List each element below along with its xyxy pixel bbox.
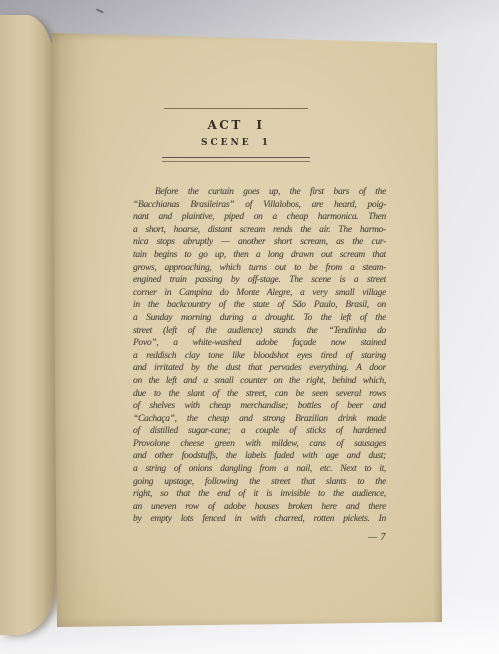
text-line: right, so that the end of it is invisibl…	[133, 488, 386, 501]
text-line: a reddisch clay tone like bloodshot eyes…	[133, 350, 386, 363]
text-line: Provolone cheese green with mildew, cans…	[133, 438, 386, 451]
text-line: nica stops abruptly — another short scre…	[133, 236, 386, 249]
photo-of-book-page: ACT I SCENE 1 Before the curtain goes up…	[0, 0, 499, 654]
text-line: grows, approaching, which turns out to b…	[133, 262, 386, 275]
text-line: street (left of the audience) stands the…	[133, 325, 386, 338]
act-heading: ACT I	[161, 118, 311, 132]
text-line: and irritated by the dust that pervades …	[133, 362, 386, 375]
text-line: “Bacchianas Brasileiras” of Villalobos, …	[133, 199, 386, 212]
text-line: due to the slant of the street, can be s…	[133, 388, 386, 401]
text-line: an uneven row of adobe houses broken her…	[133, 501, 386, 514]
text-line: tain begins to go up, then a long drawn …	[133, 249, 386, 262]
text-line: a short, hoarse, distant scream rends th…	[133, 224, 386, 237]
header-rule-top	[164, 108, 308, 109]
text-line: of shelves with cheap merchandise; bottl…	[133, 400, 386, 413]
text-line: engined train passing by off-stage. The …	[133, 274, 386, 287]
text-line: Povo”, a white-washed adobe façade now s…	[133, 337, 386, 350]
text-line: a string of onions dangling from a nail,…	[133, 463, 386, 476]
text-line: in the backcountry of the state of São P…	[133, 299, 386, 312]
book-page: ACT I SCENE 1 Before the curtain goes up…	[50, 31, 444, 629]
text-line: and other foodstuffs, the labels faded w…	[133, 450, 386, 463]
text-line: nant and plaintive, piped on a cheap har…	[133, 211, 386, 224]
text-line: going upstage, following the street that…	[133, 476, 386, 489]
text-line: a Sunday morning during a drought. To th…	[133, 312, 386, 325]
page-number: — 7	[133, 532, 386, 543]
scene-header: ACT I SCENE 1	[161, 108, 311, 162]
text-line: on the left and a small counter on the r…	[133, 375, 386, 388]
header-rule-bottom	[162, 157, 310, 162]
scene-heading: SCENE 1	[161, 138, 311, 148]
text-line: corner in Campina do Monte Alegre, a ver…	[133, 287, 386, 300]
text-line: by empty lots fenced in with charred, ro…	[133, 513, 386, 526]
text-line: Before the curtain goes up, the first ba…	[133, 186, 386, 199]
text-line: of distilled sugar-cane; a couple of sti…	[133, 425, 386, 438]
left-page-edge	[0, 15, 56, 635]
text-line: “Cachaça”, the cheap and strong Brazilia…	[133, 413, 386, 426]
stage-directions: Before the curtain goes up, the first ba…	[133, 186, 386, 543]
